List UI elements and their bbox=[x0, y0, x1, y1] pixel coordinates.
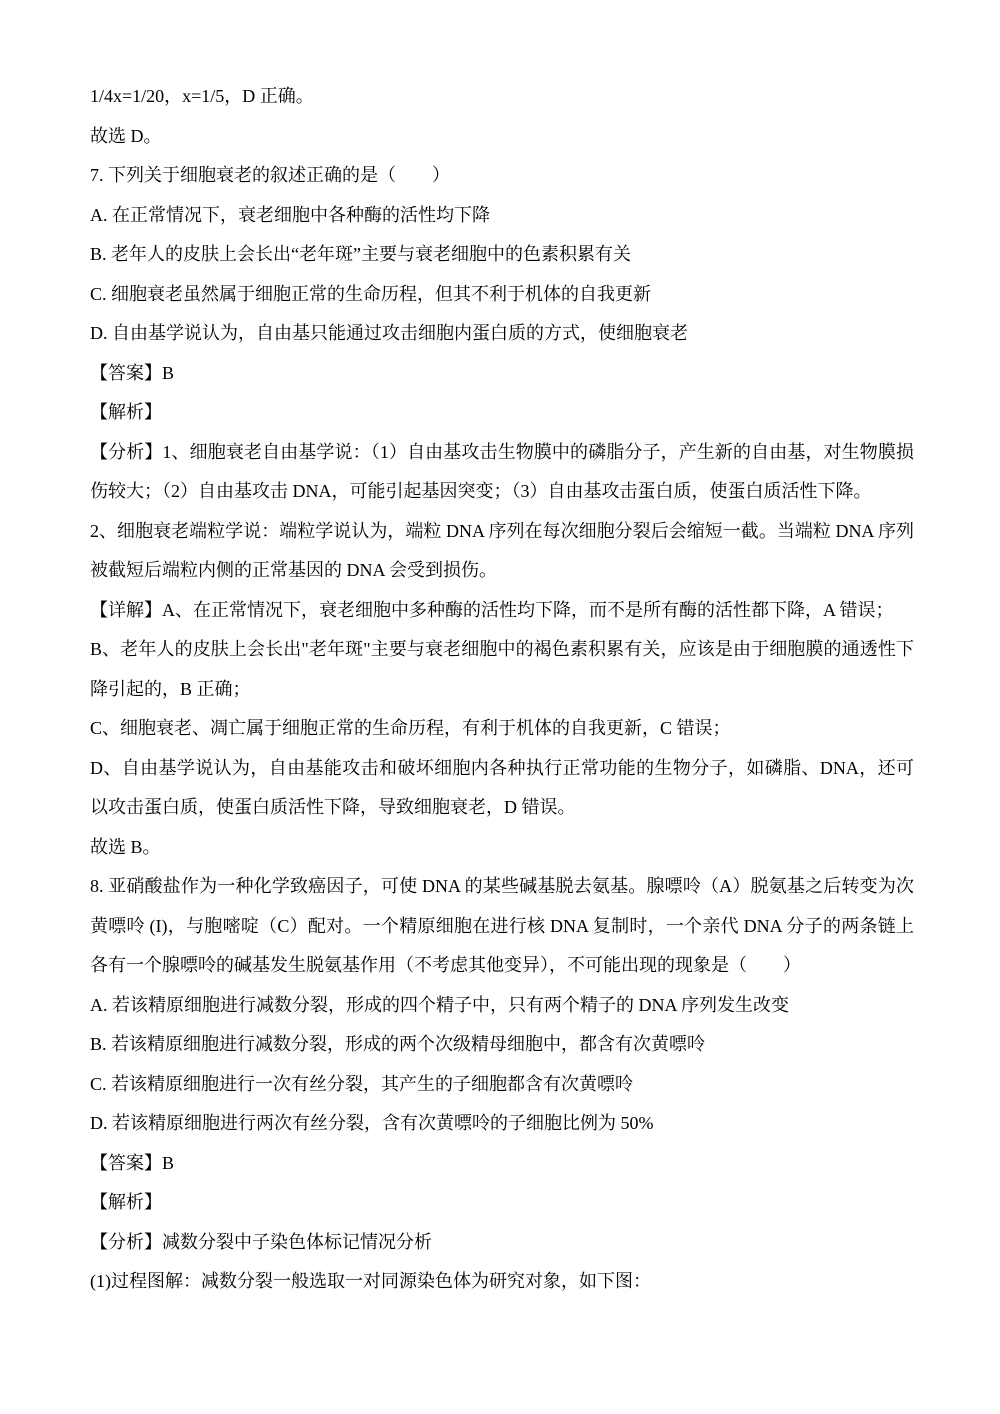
paragraph: C、细胞衰老、凋亡属于细胞正常的生命历程，有利于机体的自我更新，C 错误； bbox=[90, 709, 914, 749]
document-page: 1/4x=1/20，x=1/5，D 正确。故选 D。7. 下列关于细胞衰老的叙述… bbox=[0, 0, 1000, 1414]
paragraph: B、老年人的皮肤上会长出"老年斑"主要与衰老细胞中的褐色素积累有关，应该是由于细… bbox=[90, 630, 914, 709]
paragraph: 故选 B。 bbox=[90, 828, 914, 868]
paragraph: A. 在正常情况下，衰老细胞中各种酶的活性均下降 bbox=[90, 196, 914, 236]
paragraph: D. 自由基学说认为，自由基只能通过攻击细胞内蛋白质的方式，使细胞衰老 bbox=[90, 314, 914, 354]
paragraph: D、自由基学说认为，自由基能攻击和破坏细胞内各种执行正常功能的生物分子，如磷脂、… bbox=[90, 749, 914, 828]
paragraph: 【分析】减数分裂中子染色体标记情况分析 bbox=[90, 1223, 914, 1263]
paragraph: 【解析】 bbox=[90, 393, 914, 433]
paragraph: 8. 亚硝酸盐作为一种化学致癌因子，可使 DNA 的某些碱基脱去氨基。腺嘌呤（A… bbox=[90, 867, 914, 986]
paragraph: A. 若该精原细胞进行减数分裂，形成的四个精子中，只有两个精子的 DNA 序列发… bbox=[90, 986, 914, 1026]
paragraph: 1/4x=1/20，x=1/5，D 正确。 bbox=[90, 77, 914, 117]
paragraph: C. 细胞衰老虽然属于细胞正常的生命历程，但其不利于机体的自我更新 bbox=[90, 275, 914, 315]
paragraph: 【答案】B bbox=[90, 1144, 914, 1184]
paragraph: C. 若该精原细胞进行一次有丝分裂，其产生的子细胞都含有次黄嘌呤 bbox=[90, 1065, 914, 1105]
paragraph: 故选 D。 bbox=[90, 117, 914, 157]
document-content: 1/4x=1/20，x=1/5，D 正确。故选 D。7. 下列关于细胞衰老的叙述… bbox=[90, 77, 914, 1302]
paragraph: B. 老年人的皮肤上会长出“老年斑”主要与衰老细胞中的色素积累有关 bbox=[90, 235, 914, 275]
paragraph: (1)过程图解：减数分裂一般选取一对同源染色体为研究对象，如下图： bbox=[90, 1262, 914, 1302]
paragraph: 【分析】1、细胞衰老自由基学说：（1）自由基攻击生物膜中的磷脂分子，产生新的自由… bbox=[90, 433, 914, 512]
paragraph: 【解析】 bbox=[90, 1183, 914, 1223]
paragraph: D. 若该精原细胞进行两次有丝分裂，含有次黄嘌呤的子细胞比例为 50% bbox=[90, 1104, 914, 1144]
paragraph: 7. 下列关于细胞衰老的叙述正确的是（ ） bbox=[90, 156, 914, 196]
paragraph: B. 若该精原细胞进行减数分裂，形成的两个次级精母细胞中，都含有次黄嘌呤 bbox=[90, 1025, 914, 1065]
paragraph: 2、细胞衰老端粒学说：端粒学说认为，端粒 DNA 序列在每次细胞分裂后会缩短一截… bbox=[90, 512, 914, 591]
paragraph: 【详解】A、在正常情况下，衰老细胞中多种酶的活性均下降，而不是所有酶的活性都下降… bbox=[90, 591, 914, 631]
paragraph: 【答案】B bbox=[90, 354, 914, 394]
